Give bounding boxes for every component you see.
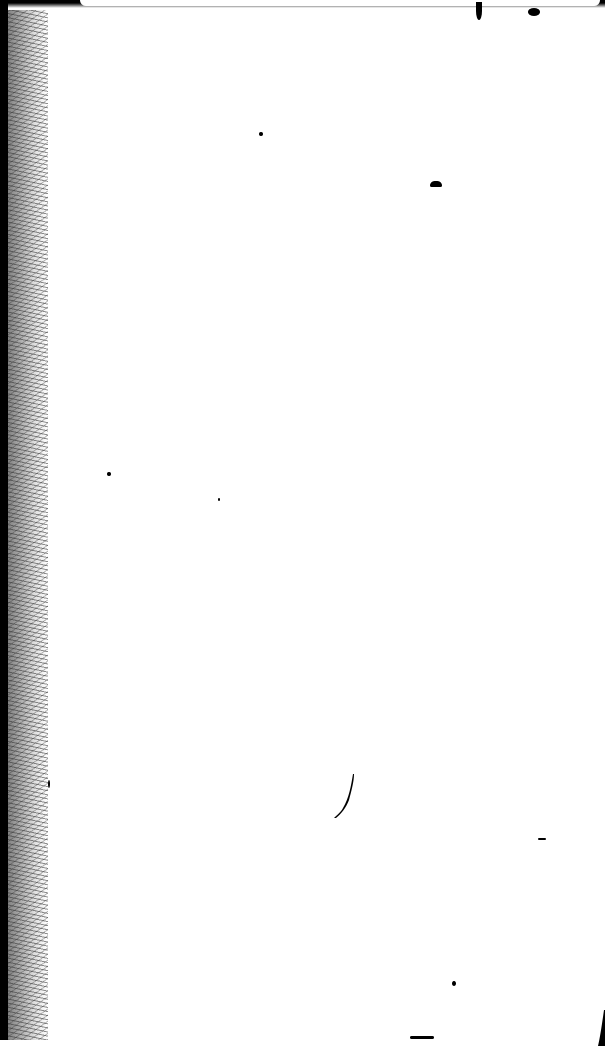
ink-speck <box>259 132 263 136</box>
edge-mark <box>596 1010 605 1046</box>
ink-speck <box>528 8 540 16</box>
ink-speck <box>538 838 546 840</box>
ink-speck <box>107 472 111 476</box>
top-edge-highlight <box>80 0 600 6</box>
binding-speckle-noise <box>6 10 48 1040</box>
ink-speck <box>430 181 442 187</box>
ink-speck <box>410 1036 434 1039</box>
scanned-page <box>0 0 605 1056</box>
ink-speck <box>452 981 456 986</box>
ink-speck <box>218 498 220 501</box>
ink-stroke-mark <box>333 772 355 820</box>
ink-speck <box>476 2 482 20</box>
ink-speck <box>48 780 50 788</box>
